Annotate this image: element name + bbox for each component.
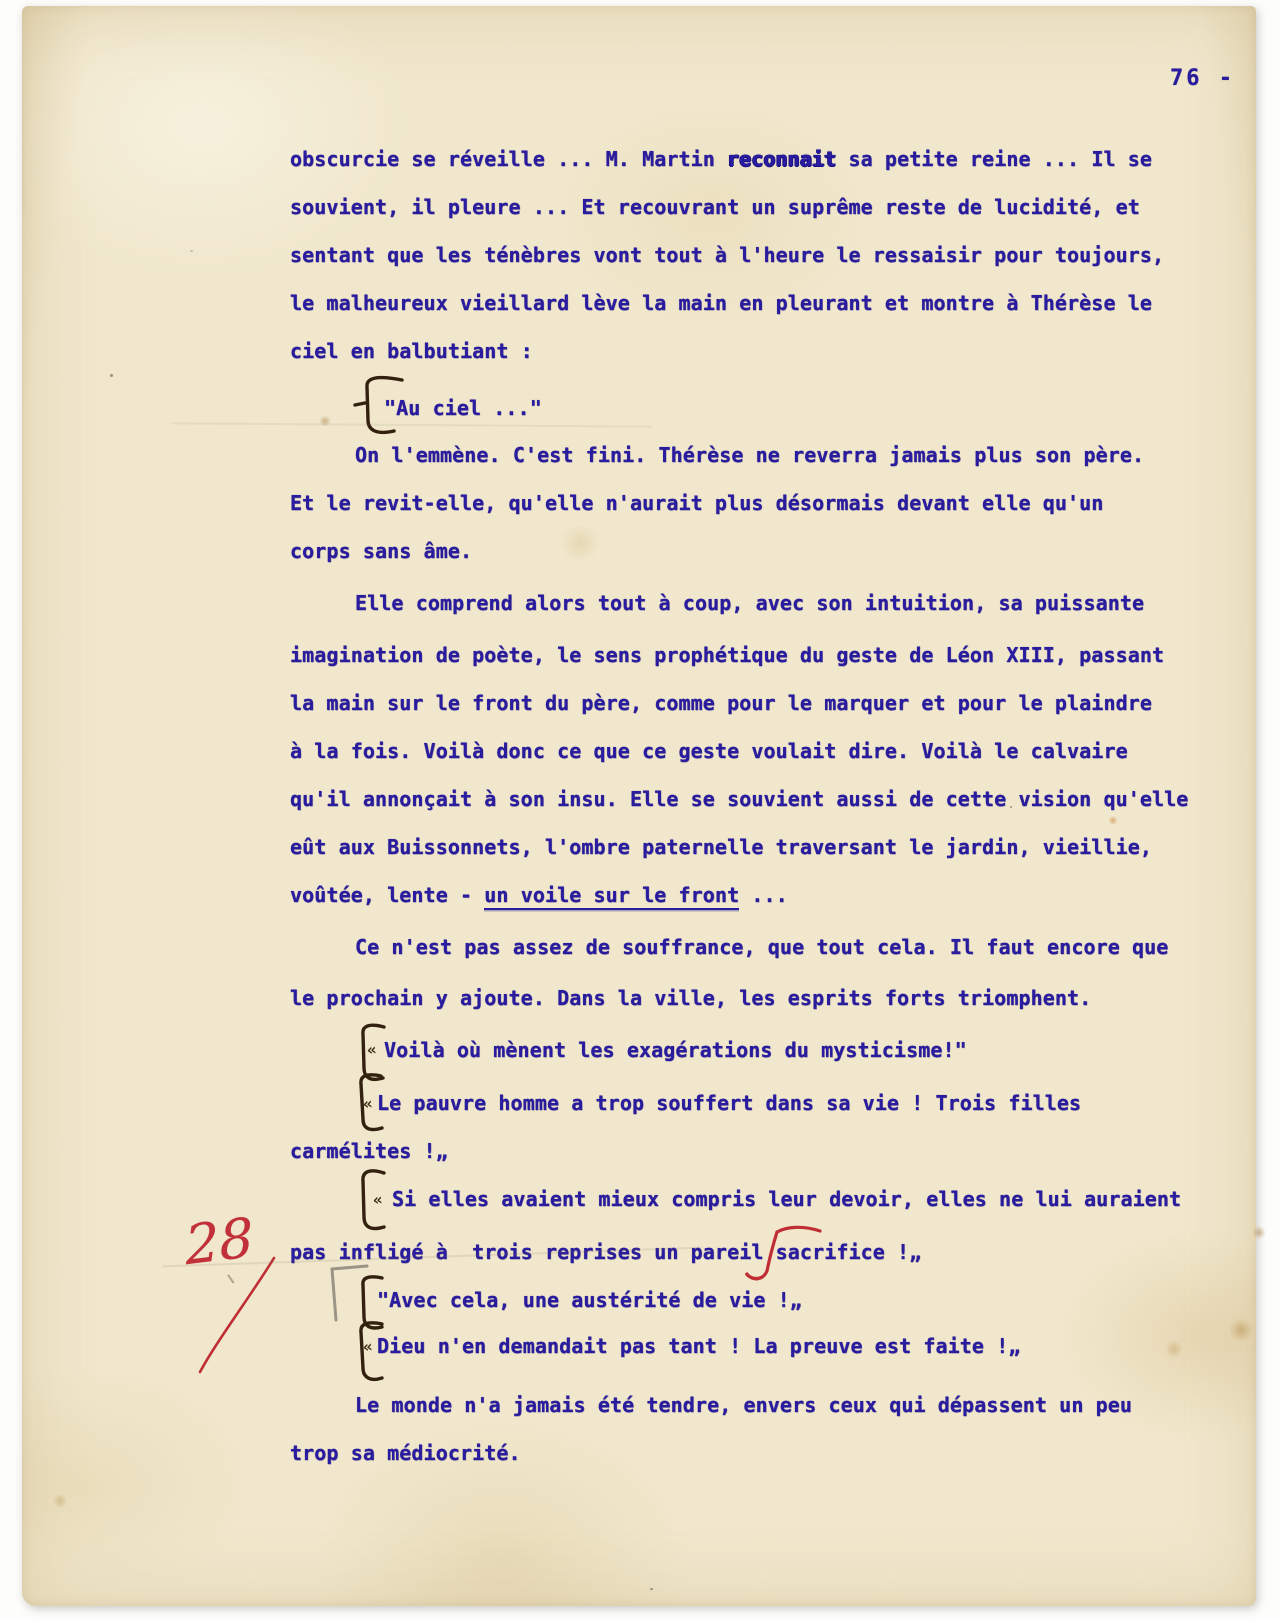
text-line: Voilà où mènent les exagérations du myst… [384,1036,967,1064]
text-line: obscurcie se réveille ... M. Martin reco… [290,145,1152,173]
foxing-spot [1164,1340,1184,1358]
red-caret-mark [736,1218,832,1288]
paper-speck [110,374,113,377]
text-line: imagination de poète, le sens prophétiqu… [290,641,1164,669]
text-line: On l'emmène. C'est fini. Thérèse ne reve… [355,441,1144,469]
paper-crease [172,422,652,427]
text-line: "Avec cela, une austérité de vie !„ [377,1286,802,1314]
text-line: à la fois. Voilà donc ce que ce geste vo… [290,737,1128,765]
manuscript-page: 76 - obscurcie se réveille ... M. Martin… [22,6,1256,1606]
page-number: 76 - [1170,66,1235,92]
text-line: Elle comprend alors tout à coup, avec so… [355,589,1144,617]
text-line: carmélites !„ [290,1137,448,1165]
text-line: voûtée, lente - un voile sur le front ..… [290,881,788,909]
paper-speck [190,250,193,252]
paper-speck [650,1588,653,1590]
text-line: corps sans âme. [290,537,472,565]
text-line: souvient, il pleure ... Et recouvrant un… [290,193,1140,221]
underlined-phrase: un voile sur le front [484,883,739,910]
foxing-spot [52,1494,68,1508]
ink-smudge [318,416,332,426]
handwritten-quote-mark: « [366,1042,377,1059]
text-line: trop sa médiocrité. [290,1439,521,1467]
text-line: eût aux Buissonnets, l'ombre paternelle … [290,833,1152,861]
foxing-spot [1252,1226,1266,1239]
text-line: Et le revit-elle, qu'elle n'aurait plus … [290,489,1103,517]
foxing-spot [1228,1318,1254,1342]
paper-stain [558,526,602,560]
text-line: le malheureux vieillard lève la main en … [290,289,1152,317]
handwritten-quote-mark: « [362,1096,373,1113]
text-line: Le monde n'a jamais été tendre, envers c… [355,1391,1132,1419]
line-text: ... [739,883,788,907]
text-line: le prochain y ajoute. Dans la ville, les… [290,984,1091,1012]
handwritten-quote-mark: « [362,1339,373,1356]
handwritten-quote-mark: « [372,1192,383,1209]
line-text: sa petite reine ... Il se [836,147,1152,171]
line-text: voûtée, lente - [290,883,484,907]
text-line: sentant que les ténèbres vont tout à l'h… [290,241,1164,269]
foxing-spot [1108,816,1118,825]
text-line: Ce n'est pas assez de souffrance, que to… [355,933,1168,961]
text-line: ciel en balbutiant : [290,337,533,365]
line-text: obscurcie se réveille ... M. Martin [290,147,727,171]
text-line: qu'il annonçait à son insu. Elle se souv… [290,785,1188,813]
text-line: la main sur le front du père, comme pour… [290,689,1152,717]
handwritten-bracket [353,1166,389,1236]
handwritten-bracket [352,374,408,438]
overstruck-word: reconnait [727,147,836,171]
text-line: Si elles avaient mieux compris leur devo… [392,1185,1181,1213]
red-slash-mark [182,1246,292,1381]
text-line: Le pauvre homme a trop souffert dans sa … [377,1089,1081,1117]
paper-speck [1010,806,1012,808]
text-line: Dieu n'en demandait pas tant ! La preuve… [377,1332,1020,1360]
